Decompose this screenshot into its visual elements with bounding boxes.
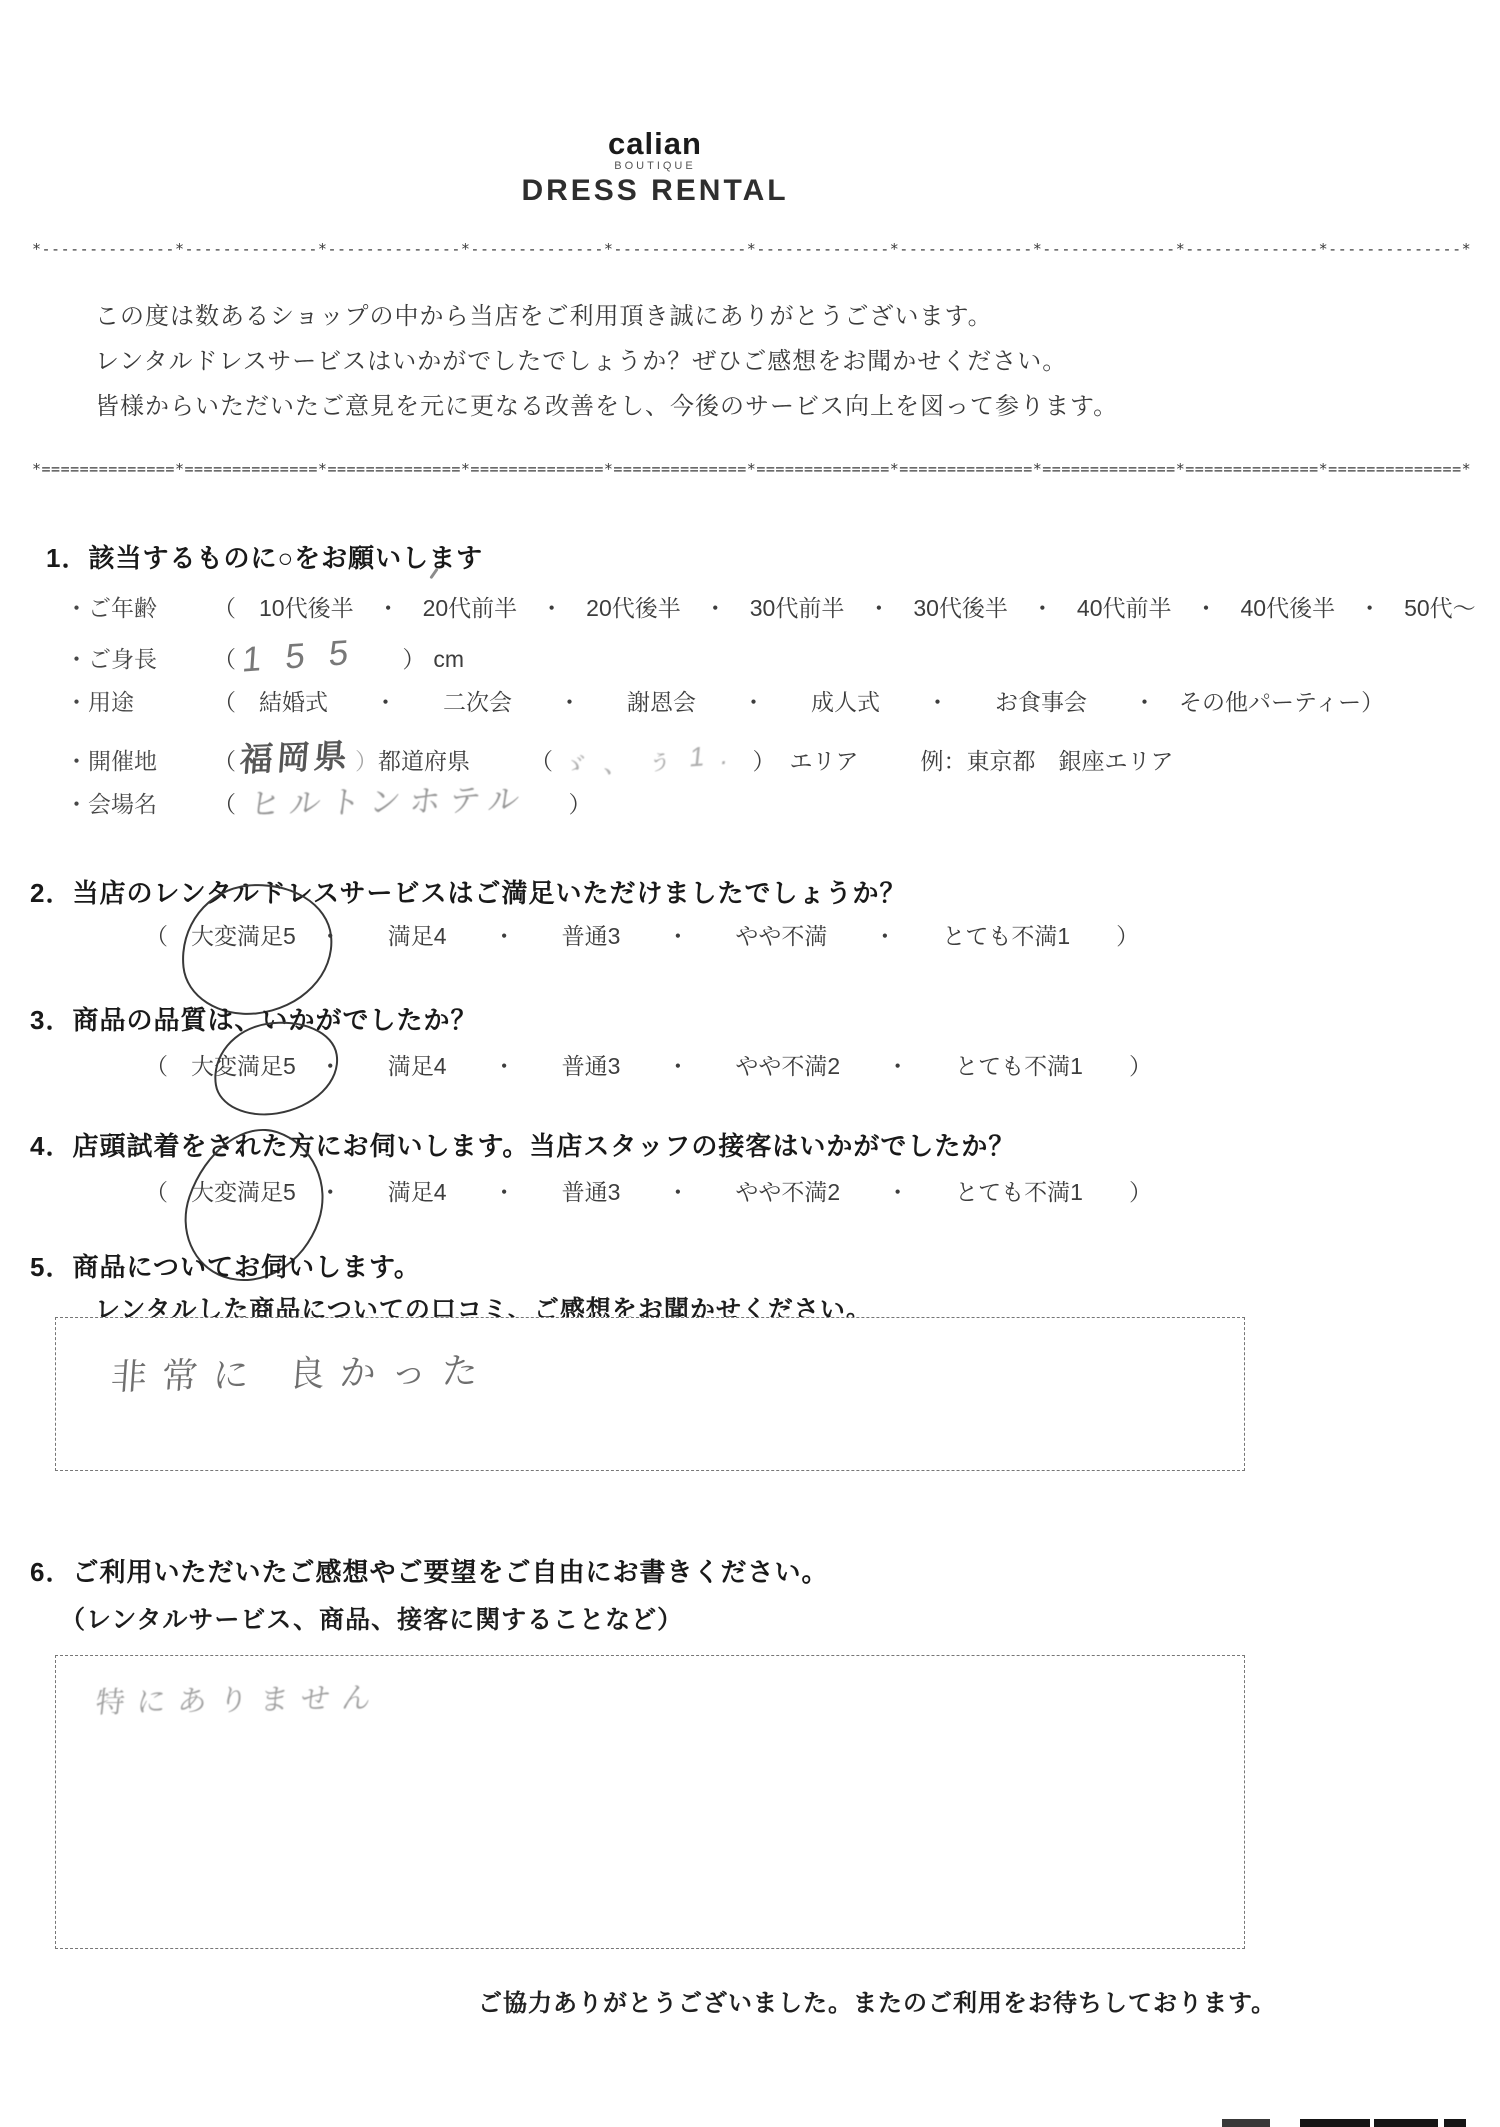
q1-venue-row: ・会場名（ヒルトンホテル）	[65, 776, 591, 821]
q1-place-label: ・開催地	[65, 743, 213, 776]
close-paren: ）	[402, 646, 425, 672]
close-paren: ）	[355, 748, 378, 774]
q1-place-example: 例：東京都 銀座エリア	[921, 748, 1174, 774]
q2-options-rest: ・ 満足4 ・ 普通3 ・ やや不満 ・ とても不満1 ）	[296, 923, 1139, 949]
close-paren: ）	[568, 791, 591, 817]
q1-purpose-label: ・用途	[65, 684, 213, 717]
handwritten-venue-scribble: ヒルトンホテル	[247, 774, 531, 824]
q4-options-row: （ 大変満足5 ・ 満足4 ・ 普通3 ・ やや不満2 ・ とても不満1 ）	[145, 1174, 1152, 1207]
q1-age-options: （ 10代後半 ・ 20代前半 ・ 20代後半 ・ 30代前半 ・ 30代後半 …	[213, 595, 1500, 621]
scan-artifact	[1300, 2119, 1370, 2127]
q1-place-suffix: エリア	[790, 748, 859, 774]
scan-artifact	[1374, 2119, 1438, 2127]
q4-options-rest: ・ 満足4 ・ 普通3 ・ やや不満2 ・ とても不満1 ）	[296, 1179, 1152, 1205]
q5-title: 5．商品についてお伺いします。	[30, 1247, 421, 1284]
q6-answer-box: 特にありません	[55, 1655, 1245, 1949]
handwritten-prefecture-value: 福岡県	[238, 730, 352, 781]
divider-top: *--------------*--------------*---------…	[32, 240, 1477, 258]
q1-venue-label: ・会場名	[65, 786, 213, 819]
footer-thanks: ご協力ありがとうございました。またのご利用をお待ちしております。	[478, 1983, 1276, 2018]
intro-line-1: この度は数あるショップの中から当店をご利用頂き誠にありがとうございます。	[95, 296, 993, 331]
q2-options-row: （ 大変満足5 ・ 満足4 ・ 普通3 ・ やや不満 ・ とても不満1 ）	[145, 918, 1139, 951]
brand-logo: calian	[0, 126, 1310, 162]
q1-purpose-row: ・用途（ 結婚式 ・ 二次会 ・ 謝恩会 ・ 成人式 ・ お食事会 ・ その他パ…	[65, 684, 1384, 717]
q3-options-rest: ・ 満足4 ・ 普通3 ・ やや不満2 ・ とても不満1 ）	[296, 1053, 1152, 1079]
q1-place-row: ・開催地（福岡県）都道府県（ゞ、ぅ1.）エリア例：東京都 銀座エリア	[65, 732, 1174, 779]
q3-options-row: （ 大変満足5 ・ 満足4 ・ 普通3 ・ やや不満2 ・ とても不満1 ）	[145, 1048, 1152, 1081]
q1-height-label: ・ご身長	[65, 641, 213, 674]
close-paren: ）	[753, 748, 776, 774]
q6-title: 6．ご利用いただいたご感想やご要望をご自由にお書きください。	[30, 1552, 828, 1589]
handwritten-q5-answer: 非常に 良かった	[109, 1343, 495, 1401]
open-paren: （	[145, 1179, 191, 1205]
brand-subtitle: BOUTIQUE	[0, 160, 1310, 172]
open-paren: （	[213, 791, 236, 817]
scan-artifact	[1444, 2119, 1466, 2127]
open-paren: （	[145, 1053, 191, 1079]
open-paren: （	[213, 748, 236, 774]
q5-answer-box: 非常に 良かった	[55, 1317, 1245, 1471]
document-title: DRESS RENTAL	[0, 174, 1310, 208]
handwritten-height-value: 155	[241, 631, 374, 680]
open-paren: （	[530, 748, 553, 774]
divider-middle: *==============*==============*=========…	[32, 460, 1477, 478]
q6-subtitle: （レンタルサービス、商品、接客に関することなど）	[60, 1600, 683, 1636]
q1-purpose-options: （ 結婚式 ・ 二次会 ・ 謝恩会 ・ 成人式 ・ お食事会 ・ その他パーティ…	[213, 689, 1384, 715]
q2-title: 2．当店のレンタルドレスサービスはご満足いただけましたでしょうか？	[30, 873, 906, 910]
q1-age-label: ・ご年齢	[65, 590, 213, 623]
q1-height-row: ・ご身長（155）cm	[65, 636, 464, 676]
open-paren: （	[213, 646, 236, 672]
q1-height-unit: cm	[433, 646, 464, 672]
q1-place-mid-label: 都道府県	[378, 748, 470, 774]
handwritten-q6-answer: 特にありません	[94, 1675, 385, 1721]
scan-artifact	[1222, 2119, 1270, 2127]
q4-title: 4．店頭試着をされた方にお伺いします。当店スタッフの接客はいかがでしたか？	[30, 1126, 1015, 1163]
intro-line-3: 皆様からいただいたご意見を元に更なる改善をし、今後のサービス向上を図って参ります…	[95, 386, 1118, 421]
q1-title: 1．該当するものに○をお願いします	[46, 538, 483, 575]
brand-header: calian BOUTIQUE DRESS RENTAL	[0, 126, 1310, 208]
intro-line-2: レンタルドレスサービスはいかがでしたでしょうか？ぜひご感想をお聞かせください。	[95, 341, 1067, 376]
scanned-survey-page: calian BOUTIQUE DRESS RENTAL *----------…	[0, 0, 1500, 2127]
q1-age-row: ・ご年齢（ 10代後半 ・ 20代前半 ・ 20代後半 ・ 30代前半 ・ 30…	[65, 590, 1500, 623]
